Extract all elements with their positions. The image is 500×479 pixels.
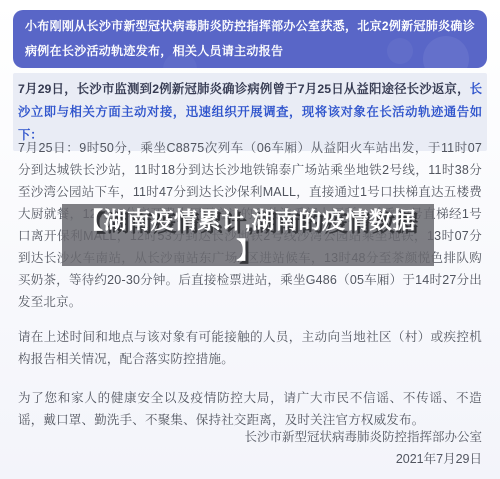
body-paragraph-report-request: 请在上述时间和地点与该对象有可能接触的人员，主动向当地社区（村）或疾控机构报告相… [18,326,482,370]
virus-decoration-icon [423,36,469,68]
notice-summary-text: 7月29日，长沙市监测到2例新冠肺炎确诊病例曾于7月25日从益阳途径长沙返京， [18,82,470,96]
signature-org: 长沙市新型冠状病毒肺炎防控指挥部办公室 [18,426,482,448]
virus-decoration-icon [387,38,413,64]
watermark-text-line1: 【湖南疫情累计,湖南的疫情数据 [80,205,416,235]
body-paragraph-advice: 为了您和家人的健康安全以及疫情防控大局，请广大市民不信谣、不传谣、不造谣，戴口罩… [18,387,482,431]
signature-date: 2021年7月29日 [18,448,482,470]
header-banner-text: 小布刚刚从长沙市新型冠状病毒肺炎防控指挥部办公室获悉，北京2例新冠肺炎确诊病例在… [25,19,475,58]
article-body: 7月25日：9时50分，乘坐C8875次列车（06车厢）从益阳火车站出发，于11… [18,137,482,431]
signature-block: 长沙市新型冠状病毒肺炎防控指挥部办公室 2021年7月29日 [18,426,482,470]
header-banner: 小布刚刚从长沙市新型冠状病毒肺炎防控指挥部办公室获悉，北京2例新冠肺炎确诊病例在… [13,10,487,68]
watermark-overlay: 【湖南疫情累计,湖南的疫情数据 】 [62,204,434,266]
watermark-text-line2: 】 [236,235,260,265]
announcement-page: 小布刚刚从长沙市新型冠状病毒肺炎防控指挥部办公室获悉，北京2例新冠肺炎确诊病例在… [0,0,500,479]
